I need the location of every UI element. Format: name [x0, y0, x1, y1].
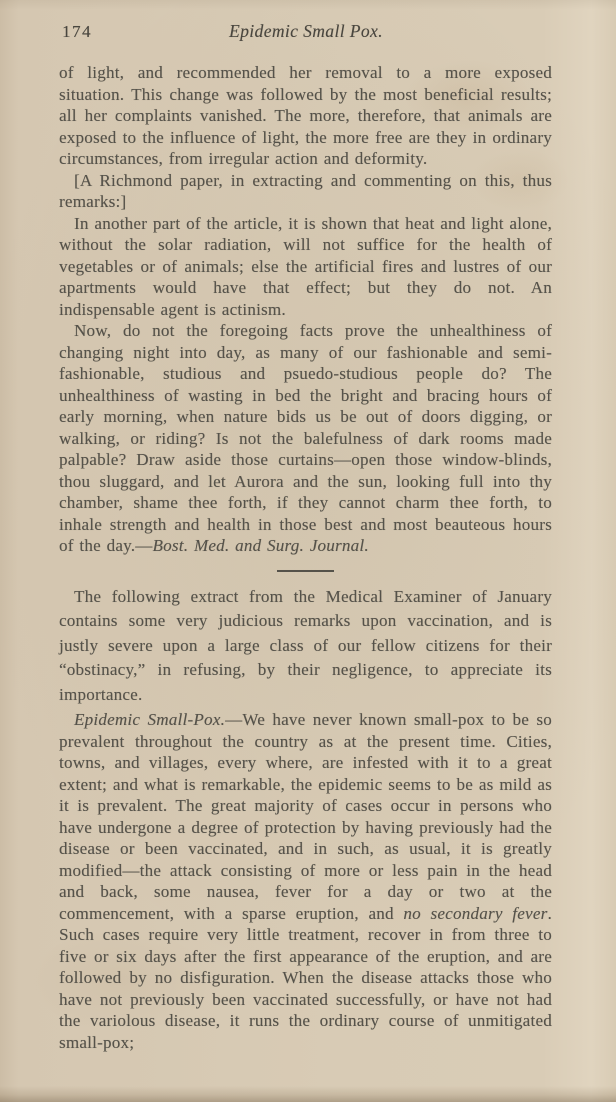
text-run: The following extract from the Medical E… [59, 587, 552, 704]
running-title: Epidemic Small Pox. [59, 21, 553, 42]
italic-text-run: Bost. Med. and Surg. Journal. [153, 536, 369, 555]
section-divider [277, 570, 334, 572]
text-run: [A Richmond paper, in extracting and com… [59, 171, 552, 212]
paragraph: In another part of the article, it is sh… [59, 213, 552, 321]
scanned-page: 174 Epidemic Small Pox. of light, and re… [0, 0, 616, 1102]
paragraph: [A Richmond paper, in extracting and com… [59, 170, 552, 213]
paragraph: of light, and recommended her removal to… [59, 62, 552, 170]
page-header: 174 Epidemic Small Pox. [59, 21, 553, 42]
text-run: of light, and recommended her removal to… [59, 63, 552, 168]
paragraph: Epidemic Small-Pox.—We have never known … [59, 709, 552, 1053]
body-text: of light, and recommended her removal to… [59, 62, 552, 1053]
text-run: In another part of the article, it is sh… [59, 214, 552, 319]
text-run: Now, do not the foregoing facts prove th… [59, 321, 552, 555]
italic-text-run: Epidemic Small-Pox. [74, 710, 225, 729]
paragraph: The following extract from the Medical E… [59, 585, 552, 708]
paragraph: Now, do not the foregoing facts prove th… [59, 320, 552, 557]
text-run: . Such cases require very little treatme… [59, 904, 552, 1052]
page-number: 174 [62, 22, 92, 42]
text-run: —We have never known small-pox to be so … [59, 710, 552, 923]
italic-text-run: no secondary fever [403, 904, 547, 923]
